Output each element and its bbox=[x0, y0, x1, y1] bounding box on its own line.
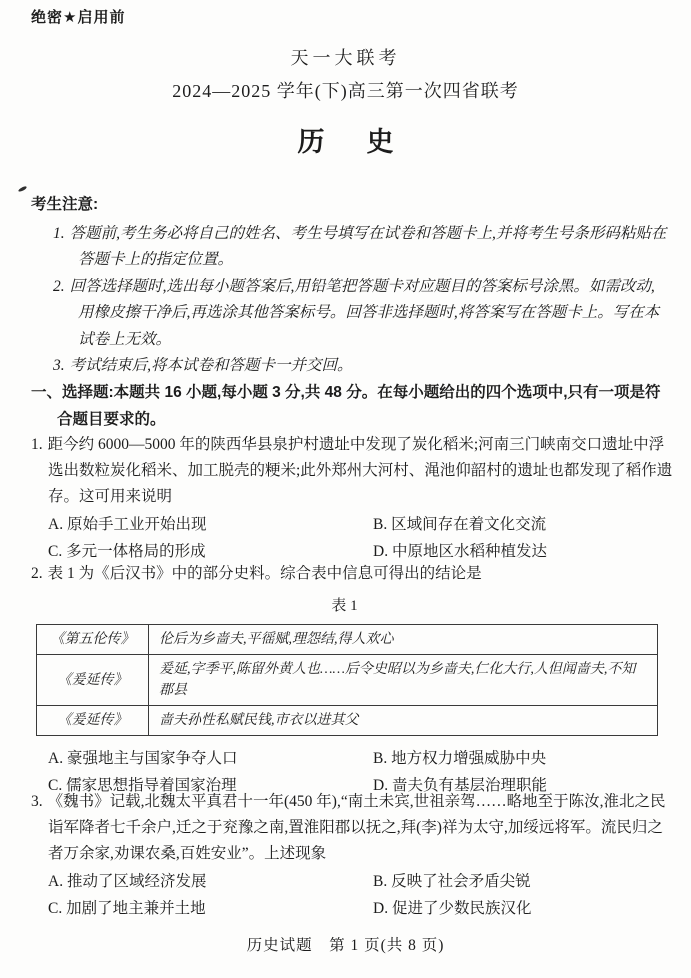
question-3: 3.《魏书》记载,北魏太平真君十一年(450 年),“南土未宾,世祖亲驾……略地… bbox=[31, 789, 673, 922]
option-b: B. 地方权力增强威胁中央 bbox=[373, 746, 673, 773]
question-2: 2.表 1 为《后汉书》中的部分史料。综合表中信息可得出的结论是 表 1 《第五… bbox=[31, 561, 673, 799]
table-cell-content: 爰延,字季平,陈留外黄人也……后令史昭以为乡啬夫,仁化大行,人但闻啬夫,不知郡县 bbox=[149, 655, 658, 706]
notice-item-text: 答题前,考生务必将自己的姓名、考生号填写在试卷和答题卡上,并将考生号条形码粘贴在… bbox=[70, 225, 667, 269]
table-cell-content: 啬夫孙性私赋民钱,市衣以进其父 bbox=[149, 706, 658, 736]
option-c: C. 加剧了地主兼并土地 bbox=[48, 896, 373, 923]
section-1-heading: 一、选择题:本题共 16 小题,每小题 3 分,共 48 分。在每小题给出的四个… bbox=[31, 379, 675, 433]
question-stem-text: 表 1 为《后汉书》中的部分史料。综合表中信息可得出的结论是 bbox=[48, 565, 482, 582]
table-cell-source: 《爰延传》 bbox=[37, 706, 149, 736]
question-stem-text: 《魏书》记载,北魏太平真君十一年(450 年),“南土未宾,世祖亲驾……略地至于… bbox=[48, 793, 666, 862]
question-1-stem: 1.距今约 6000—5000 年的陕西华县泉护村遗址中发现了炭化稻米;河南三门… bbox=[31, 432, 673, 510]
subject-title-text: 历史 bbox=[298, 120, 436, 159]
exam-org-title: 天一大联考 bbox=[0, 44, 691, 70]
exam-session-title: 2024—2025 学年(下)高三第一次四省联考 bbox=[0, 77, 691, 103]
exam-paper-page: 绝密★启用前 天一大联考 2024—2025 学年(下)高三第一次四省联考 历史… bbox=[0, 0, 691, 978]
question-number: 1. bbox=[31, 436, 43, 453]
table-row: 《爰延传》 啬夫孙性私赋民钱,市衣以进其父 bbox=[37, 706, 658, 736]
table-caption: 表 1 bbox=[31, 593, 658, 619]
table-cell-source: 《第五伦传》 bbox=[37, 625, 149, 655]
option-d: D. 促进了少数民族汉化 bbox=[373, 896, 673, 923]
notice-item-number: 2. bbox=[53, 278, 70, 295]
question-number: 2. bbox=[31, 565, 43, 582]
option-b: B. 反映了社会矛盾尖锐 bbox=[373, 869, 673, 896]
candidate-notice: 考生注意: 1.答题前,考生务必将自己的姓名、考生号填写在试卷和答题卡上,并将考… bbox=[31, 192, 669, 380]
question-2-stem: 2.表 1 为《后汉书》中的部分史料。综合表中信息可得出的结论是 bbox=[31, 561, 673, 587]
option-a: A. 豪强地主与国家争夺人口 bbox=[48, 746, 373, 773]
notice-item-2: 2.回答选择题时,选出每小题答案后,用铅笔把答题卡对应题目的答案标号涂黑。如需改… bbox=[31, 274, 669, 354]
notice-item-1: 1.答题前,考生务必将自己的姓名、考生号填写在试卷和答题卡上,并将考生号条形码粘… bbox=[31, 221, 669, 274]
option-a: A. 推动了区域经济发展 bbox=[48, 869, 373, 896]
classification-label: 绝密★启用前 bbox=[31, 6, 125, 27]
question-3-options: A. 推动了区域经济发展 B. 反映了社会矛盾尖锐 C. 加剧了地主兼并土地 D… bbox=[31, 869, 673, 922]
notice-item-3: 3.考试结束后,将本试卷和答题卡一并交回。 bbox=[31, 353, 669, 380]
question-3-stem: 3.《魏书》记载,北魏太平真君十一年(450 年),“南土未宾,世祖亲驾……略地… bbox=[31, 789, 673, 867]
table-cell-content: 伦后为乡啬夫,平徭赋,理怨结,得人欢心 bbox=[149, 625, 658, 655]
table-row: 《爰延传》 爰延,字季平,陈留外黄人也……后令史昭以为乡啬夫,仁化大行,人但闻啬… bbox=[37, 655, 658, 706]
option-a: A. 原始手工业开始出现 bbox=[48, 512, 373, 539]
notice-item-text: 回答选择题时,选出每小题答案后,用铅笔把答题卡对应题目的答案标号涂黑。如需改动,… bbox=[70, 278, 660, 348]
question-1-options: A. 原始手工业开始出现 B. 区域间存在着文化交流 C. 多元一体格局的形成 … bbox=[31, 512, 673, 565]
notice-item-number: 1. bbox=[53, 225, 70, 242]
page-footer: 历史试题 第 1 页(共 8 页) bbox=[0, 933, 691, 955]
subject-title: 历史 bbox=[0, 120, 691, 159]
notice-item-number: 3. bbox=[53, 357, 70, 374]
question-1: 1.距今约 6000—5000 年的陕西华县泉护村遗址中发现了炭化稻米;河南三门… bbox=[31, 432, 673, 565]
table-cell-source: 《爰延传》 bbox=[37, 655, 149, 706]
scan-artifact bbox=[18, 186, 28, 193]
source-table: 《第五伦传》 伦后为乡啬夫,平徭赋,理怨结,得人欢心 《爰延传》 爰延,字季平,… bbox=[36, 624, 658, 736]
question-number: 3. bbox=[31, 793, 43, 810]
notice-item-text: 考试结束后,将本试卷和答题卡一并交回。 bbox=[70, 357, 353, 374]
title-block: 天一大联考 2024—2025 学年(下)高三第一次四省联考 历史 bbox=[0, 44, 691, 159]
table-row: 《第五伦传》 伦后为乡啬夫,平徭赋,理怨结,得人欢心 bbox=[37, 625, 658, 655]
notice-heading: 考生注意: bbox=[31, 192, 669, 219]
option-b: B. 区域间存在着文化交流 bbox=[373, 512, 673, 539]
question-stem-text: 距今约 6000—5000 年的陕西华县泉护村遗址中发现了炭化稻米;河南三门峡南… bbox=[48, 436, 673, 505]
